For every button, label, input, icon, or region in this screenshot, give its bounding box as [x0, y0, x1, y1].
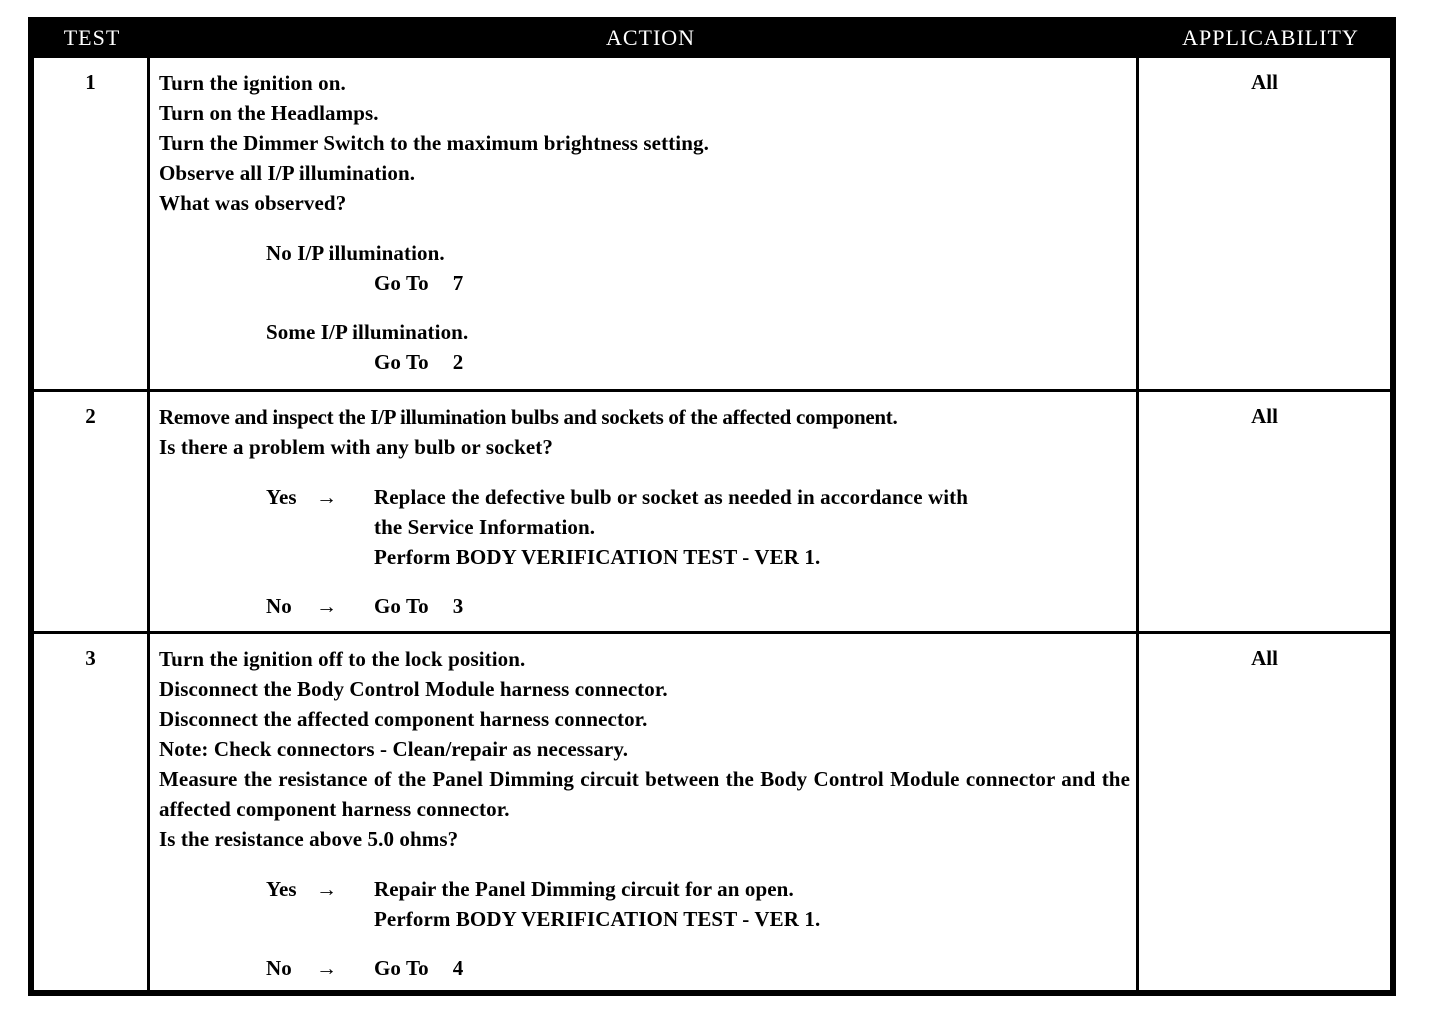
step-text: Disconnect the Body Control Module harne…	[159, 674, 1130, 704]
table-row: 1 Turn the ignition on. Turn on the Head…	[34, 58, 1390, 389]
header-applicability: APPLICABILITY	[1145, 25, 1396, 51]
step-text: Observe all I/P illumination.	[159, 158, 1130, 188]
goto-link[interactable]: Go To3	[374, 591, 1130, 621]
question-text: What was observed?	[159, 188, 1130, 218]
step-text: Turn the ignition off to the lock positi…	[159, 644, 1130, 674]
applicability-value: All	[1139, 646, 1390, 671]
outcome-yes: Yes → Repair the Panel Dimming circuit f…	[159, 874, 1130, 934]
step-text: Turn the Dimmer Switch to the maximum br…	[159, 128, 1130, 158]
step-text: Remove and inspect the I/P illumination …	[159, 402, 1130, 432]
goto-target[interactable]: 3	[453, 591, 464, 621]
answer-no: No	[266, 591, 316, 621]
note-text: Note: Check connectors - Clean/repair as…	[159, 734, 1130, 764]
applicability-cell: All	[1139, 634, 1390, 990]
goto-target[interactable]: 7	[453, 268, 464, 298]
applicability-value: All	[1139, 404, 1390, 429]
result-text: Repair the Panel Dimming circuit for an …	[374, 874, 1130, 904]
outcome-some-illumination: Some I/P illumination. Go To2	[159, 317, 1130, 377]
header-action: ACTION	[156, 25, 1145, 51]
question-text: Is the resistance above 5.0 ohms?	[159, 824, 1130, 854]
applicability-cell: All	[1139, 58, 1390, 389]
step-text: Turn on the Headlamps.	[159, 98, 1130, 128]
table-row: 2 Remove and inspect the I/P illuminatio…	[34, 389, 1390, 631]
goto-link[interactable]: Go To7	[159, 268, 1130, 298]
goto-link[interactable]: Go To2	[159, 347, 1130, 377]
action-cell: Turn the ignition off to the lock positi…	[150, 634, 1139, 990]
goto-link[interactable]: Go To4	[374, 953, 1130, 983]
answer-no: No	[266, 953, 316, 983]
table-row: 3 Turn the ignition off to the lock posi…	[34, 631, 1390, 990]
test-cell: 3	[34, 634, 150, 990]
test-cell: 1	[34, 58, 150, 389]
result-text: the Service Information.	[374, 512, 1130, 542]
arrow-right-icon: →	[316, 874, 374, 904]
goto-target[interactable]: 2	[453, 347, 464, 377]
header-test: TEST	[28, 25, 156, 51]
diagnostic-test-table: TEST ACTION APPLICABILITY 1 Turn the ign…	[28, 17, 1396, 996]
applicability-value: All	[1139, 70, 1390, 95]
answer-yes: Yes	[266, 874, 316, 904]
test-number: 3	[34, 646, 147, 671]
outcome-no: No → Go To3	[159, 591, 1130, 621]
verification-link[interactable]: Perform BODY VERIFICATION TEST - VER 1.	[374, 904, 1130, 934]
step-text: Disconnect the affected component harnes…	[159, 704, 1130, 734]
outcome-no: No → Go To4	[159, 953, 1130, 983]
test-number: 2	[34, 404, 147, 429]
step-text: Turn the ignition on.	[159, 68, 1130, 98]
test-cell: 2	[34, 392, 150, 631]
arrow-right-icon: →	[316, 482, 374, 512]
action-cell: Remove and inspect the I/P illumination …	[150, 392, 1139, 631]
applicability-cell: All	[1139, 392, 1390, 631]
outcome-no-illumination: No I/P illumination. Go To7	[159, 238, 1130, 298]
arrow-right-icon: →	[316, 591, 374, 621]
action-cell: Turn the ignition on. Turn on the Headla…	[150, 58, 1139, 389]
outcome-label: No I/P illumination.	[159, 238, 1130, 268]
measure-text: Measure the resistance of the Panel Dimm…	[159, 764, 1130, 824]
table-header: TEST ACTION APPLICABILITY	[28, 17, 1396, 58]
outcome-label: Some I/P illumination.	[159, 317, 1130, 347]
answer-yes: Yes	[266, 482, 316, 512]
result-text: Replace the defective bulb or socket as …	[374, 482, 1130, 512]
outcome-yes: Yes → Replace the defective bulb or sock…	[159, 482, 1130, 572]
goto-target[interactable]: 4	[453, 953, 464, 983]
test-number: 1	[34, 70, 147, 95]
question-text: Is there a problem with any bulb or sock…	[159, 432, 1130, 462]
arrow-right-icon: →	[316, 953, 374, 983]
verification-link[interactable]: Perform BODY VERIFICATION TEST - VER 1.	[374, 542, 1130, 572]
